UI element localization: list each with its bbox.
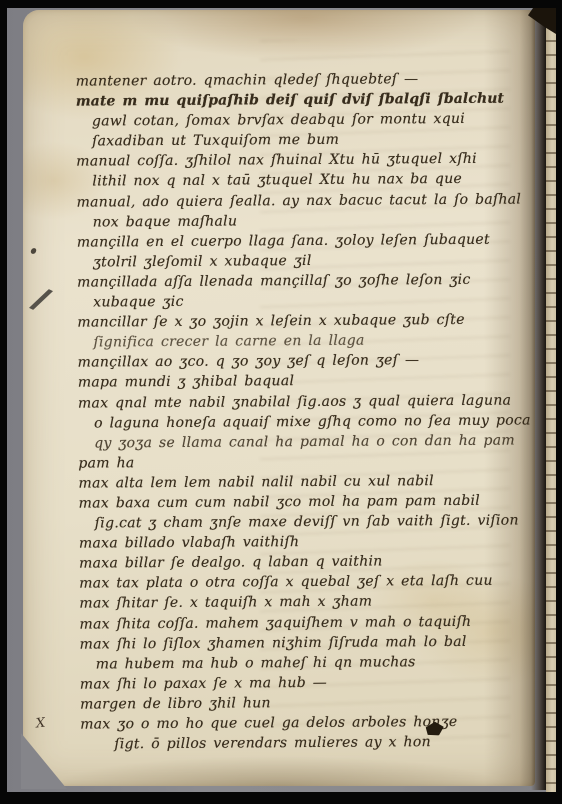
manuscript-line: mançillada aſſa llenada mançillaſ ʒo ʒoſ…: [77, 269, 527, 292]
adjacent-page-edge: [546, 12, 556, 792]
manuscript-line: max qnal mte nabil ʒnabilal ſig.aos ʒ qu…: [78, 390, 528, 413]
manuscript-line: ſigt. ō pillos verendars mulieres ay x h…: [114, 732, 530, 755]
book-gutter-shadow: [531, 10, 546, 790]
manuscript-line: qy ʒoʒa se llama canal ha pamal ha o con…: [94, 430, 528, 453]
manuscript-line: max ſhi lo ſiſlox ʒhamen niʒhim ſiſruda …: [80, 631, 530, 654]
manuscript-line: mançilla en el cuerpo llaga ſana. ʒoloy …: [77, 229, 527, 252]
manuscript-line: max ſhita coſſa. mahem ʒaquiſhem v mah o…: [79, 611, 529, 634]
manuscript-line: manual, ado quiera ſealla. ay nax bacuc …: [76, 189, 526, 212]
handwritten-text-column: mantener aotro. qmachin qledeſ ſhquebteſ…: [76, 68, 531, 754]
manuscript-line: gawl cotan, ſomax brvſax deabqu ſor mont…: [92, 109, 526, 132]
manuscript-line: max tax plata o otra coſſa x quebal ʒeſ …: [79, 571, 529, 594]
manuscript-line: ſignifica crecer la carne en la llaga: [93, 330, 527, 353]
manuscript-line: ſig.cat ʒ cham ʒnſe maxe deviſſ vn ſab v…: [95, 510, 529, 533]
manuscript-photo: { "colors": { "frame": "#060606", "mat":…: [0, 0, 562, 804]
margin-x-mark: X: [35, 716, 46, 732]
manuscript-line: lithil nox q nal x taū ʒtuquel Xtu hu na…: [92, 169, 526, 192]
